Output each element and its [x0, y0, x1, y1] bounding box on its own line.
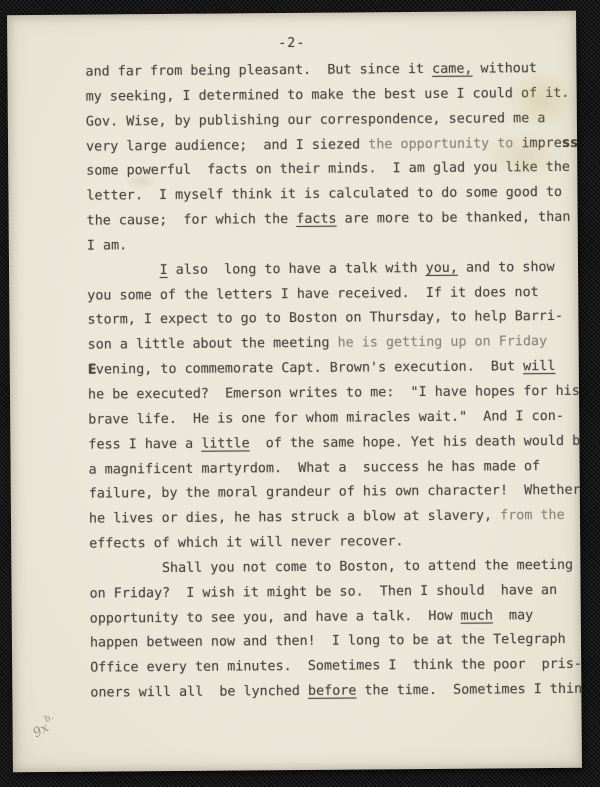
typed-text: he be executed? Emerson writes to me: "I…: [88, 384, 580, 403]
typed-line: oners will all be lynched before the tim…: [90, 678, 581, 707]
typed-line: he be executed? Emerson writes to me: "I…: [88, 380, 579, 409]
page-number: -2-: [7, 34, 576, 53]
typed-text: son a little about the meeting: [88, 336, 338, 353]
typed-line: he lives or dies, he has struck a blow a…: [89, 504, 580, 533]
typed-text: oners will all be lynched: [90, 684, 308, 701]
typed-line: I am.: [87, 231, 578, 260]
typed-text: the time. Sometimes I think: [356, 682, 582, 699]
typed-text: brave life. He is one for whom miracles …: [88, 409, 564, 428]
typed-text: effects of which it will never recover.: [89, 534, 404, 551]
typed-line: the cause; for which the facts are more …: [87, 206, 578, 235]
typed-line: very large audience; and I siezed the op…: [86, 131, 577, 160]
scan-background: -2- and far from being pleasant. But sin…: [0, 0, 600, 787]
typed-text: he lives or dies, he has struck a blow a…: [89, 509, 500, 527]
typed-text: E: [88, 363, 96, 378]
typed-text: ss: [562, 135, 578, 150]
typed-text: opportunity to see you, and have a talk.…: [90, 608, 461, 626]
typed-line: effects of which it will never recover.: [89, 529, 580, 558]
underlined-text: facts: [296, 212, 336, 227]
typed-line: and far from being pleasant. But since i…: [85, 57, 576, 86]
typed-text: on Friday? I wish it might be so. Then I…: [90, 583, 558, 602]
typed-text: I am.: [87, 238, 127, 253]
typed-text: and far from being pleasant. But since i…: [85, 62, 432, 80]
typed-line: Evening, to commemorate Capt. Brown's ex…: [88, 355, 579, 384]
underlined-text: I: [160, 263, 168, 278]
typed-line: happen between now and then! I long to b…: [90, 628, 581, 657]
typed-text: of the same hope. Yet his death would be: [250, 433, 582, 451]
underlined-text: you,: [426, 260, 458, 275]
document-page: -2- and far from being pleasant. But sin…: [7, 11, 582, 772]
underlined-text: much: [461, 608, 493, 623]
typed-line: son a little about the meeting he is get…: [88, 330, 579, 359]
typed-text: the cause; for which the: [87, 212, 297, 229]
typed-text: impre: [521, 135, 561, 150]
pencil-marginalia: 9xb.: [31, 716, 59, 741]
typed-line: Shall you not come to Boston, to attend …: [89, 554, 580, 583]
typed-text: he is getting up on Friday: [337, 334, 547, 351]
typed-text: Gov. Wise, by publishing our corresponde…: [86, 111, 546, 130]
typed-text: my seeking, I determined to make the bes…: [86, 86, 570, 105]
typed-text: without: [472, 61, 537, 77]
typed-text: letter. I myself think it is calculated …: [86, 185, 562, 204]
underlined-text: will: [523, 359, 555, 374]
typed-line: a magnificent martyrdom. What a success …: [89, 454, 580, 483]
typed-line: I also long to have a talk with you, and…: [87, 256, 578, 285]
typed-line: on Friday? I wish it might be so. Then I…: [89, 578, 580, 607]
typed-line: you some of the letters I have received.…: [87, 280, 578, 309]
typed-line: brave life. He is one for whom miracles …: [88, 405, 579, 434]
typed-line: Office every ten minutes. Sometimes I th…: [90, 653, 581, 682]
typed-line: Gov. Wise, by publishing our corresponde…: [86, 106, 577, 135]
typed-text: and to show: [458, 260, 555, 276]
typed-text: storm, I expect to go to Boston on Thurs…: [87, 309, 563, 328]
typed-line: failure, by the moral grandeur of his ow…: [89, 479, 580, 508]
typed-text: failure, by the moral grandeur of his ow…: [89, 483, 581, 502]
typed-text: may: [493, 608, 533, 623]
typed-text: also long to have a talk with: [168, 261, 426, 278]
typed-line: opportunity to see you, and have a talk.…: [90, 603, 581, 632]
typed-text: some powerful facts on their minds. I am…: [86, 160, 570, 179]
typed-text: a magnificent martyrdom. What a success …: [89, 459, 541, 478]
typed-text: vening, to commemorate Capt. Brown's exe…: [96, 359, 523, 377]
typed-line: storm, I expect to go to Boston on Thurs…: [87, 305, 578, 334]
underlined-text: came,: [432, 62, 472, 77]
typed-line: fess I have a little of the same hope. Y…: [88, 429, 579, 458]
typed-line: my seeking, I determined to make the bes…: [86, 82, 577, 111]
typed-text: the opportunity to: [368, 136, 521, 152]
typed-line: some powerful facts on their minds. I am…: [86, 156, 577, 185]
typed-text: Office every ten minutes. Sometimes I th…: [90, 657, 582, 676]
typed-text: Shall you not come to Boston, to attend …: [89, 558, 573, 577]
typed-line: letter. I myself think it is calculated …: [86, 181, 577, 210]
typed-text: are more to be thanked, than: [337, 210, 571, 227]
typed-text: [87, 263, 160, 279]
typed-text: you some of the letters I have received.…: [87, 285, 539, 304]
typed-text: from the: [500, 508, 565, 524]
typed-text: happen between now and then! I long to b…: [90, 632, 566, 651]
typed-text: very large audience; and I siezed: [86, 137, 368, 154]
typed-text: fess I have a: [88, 436, 201, 452]
underlined-text: before: [308, 684, 356, 699]
letter-lines: and far from being pleasant. But since i…: [7, 57, 581, 707]
underlined-text: little: [201, 436, 249, 451]
